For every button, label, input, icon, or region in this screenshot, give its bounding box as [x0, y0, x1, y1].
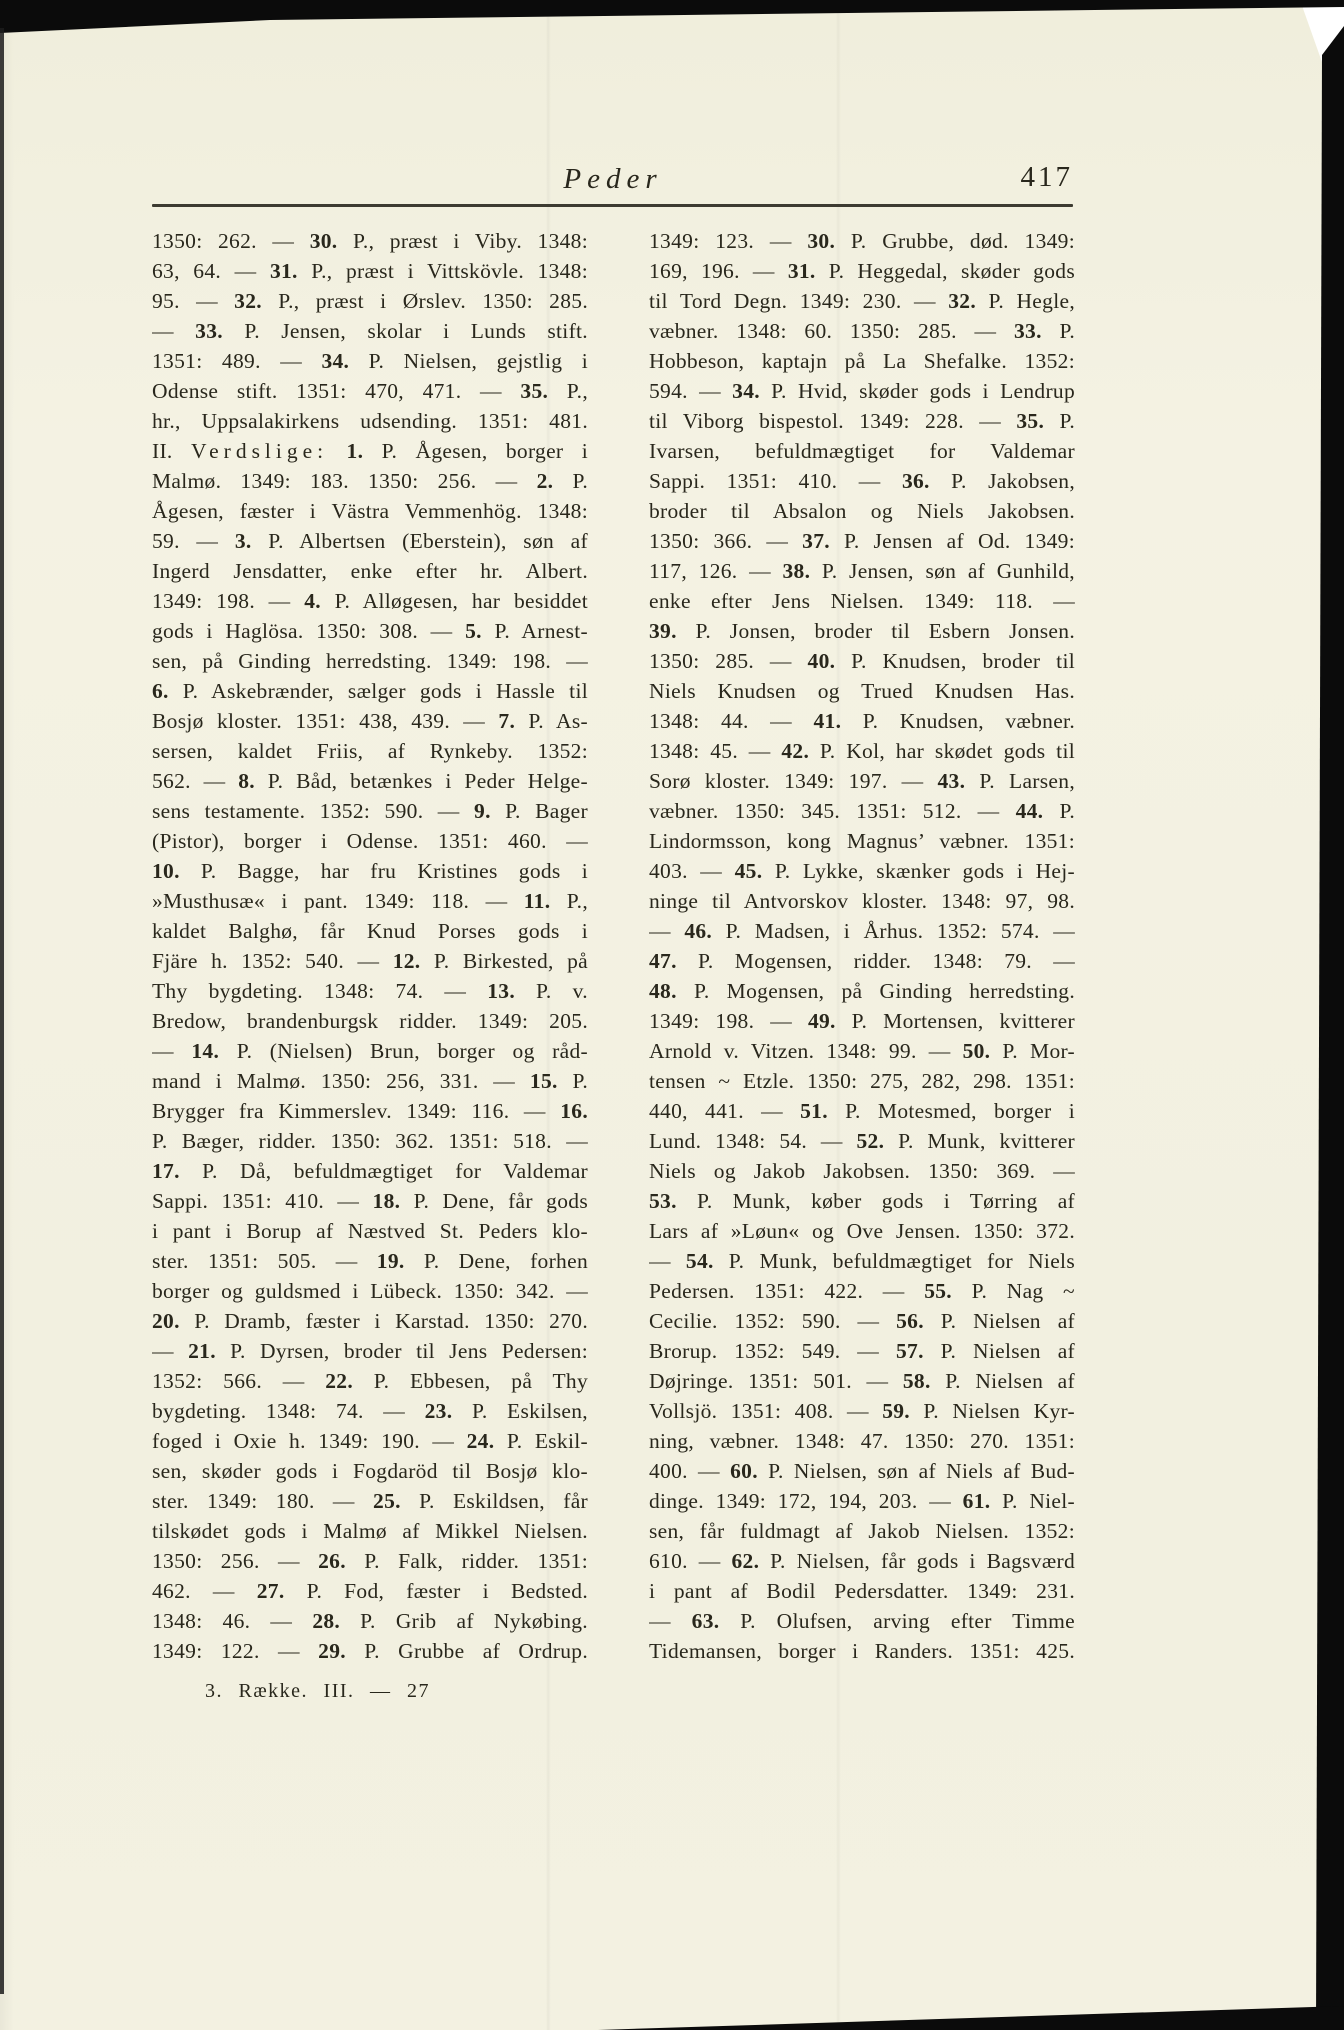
text-line: 1350: 285. — 40. P. Knudsen, broder til: [649, 646, 1075, 676]
text-line: Ivarsen, befuldmægtiget for Valdemar: [649, 436, 1075, 466]
text-line: 1348: 44. — 41. P. Knudsen, væbner.: [649, 706, 1075, 736]
page-number: 417: [953, 161, 1073, 194]
text-line: Bredow, brandenburgsk ridder. 1349: 205.: [152, 1006, 588, 1036]
text-line: 440, 441. — 51. P. Motesmed, borger i: [649, 1096, 1075, 1126]
text-column-right: 1349: 123. — 30. P. Grubbe, død. 1349:16…: [649, 226, 1075, 1666]
text-line: Brorup. 1352: 549. — 57. P. Nielsen af: [649, 1336, 1075, 1366]
text-line: Odense stift. 1351: 470, 471. — 35. P.,: [152, 376, 588, 406]
text-line: 169, 196. — 31. P. Heggedal, skøder gods: [649, 256, 1075, 286]
text-line: ster. 1349: 180. — 25. P. Eskildsen, får: [152, 1486, 588, 1516]
text-line: 1349: 198. — 4. P. Alløgesen, har besidd…: [152, 586, 588, 616]
text-line: Tidemansen, borger i Randers. 1351: 425.: [649, 1636, 1075, 1666]
text-line: — 33. P. Jensen, skolar i Lunds stift.: [152, 316, 588, 346]
text-line: 1348: 46. — 28. P. Grib af Nykøbing.: [152, 1606, 588, 1636]
text-line: 1348: 45. — 42. P. Kol, har skødet gods …: [649, 736, 1075, 766]
text-line: 403. — 45. P. Lykke, skænker gods i Hej-: [649, 856, 1075, 886]
text-line: — 14. P. (Nielsen) Brun, borger og råd-: [152, 1036, 588, 1066]
text-line: væbner. 1350: 345. 1351: 512. — 44. P.: [649, 796, 1075, 826]
running-title: Peder: [153, 163, 1073, 196]
text-line: — 21. P. Dyrsen, broder til Jens Pederse…: [152, 1336, 588, 1366]
text-line: 95. — 32. P., præst i Ørslev. 1350: 285.: [152, 286, 588, 316]
text-line: 6. P. Askebrænder, sælger gods i Hassle …: [152, 676, 588, 706]
text-line: Arnold v. Vitzen. 1348: 99. — 50. P. Mor…: [649, 1036, 1075, 1066]
text-line: 610. — 62. P. Nielsen, får gods i Bagsvæ…: [649, 1546, 1075, 1576]
text-line: 1349: 123. — 30. P. Grubbe, død. 1349:: [649, 226, 1075, 256]
text-line: Døjringe. 1351: 501. — 58. P. Nielsen af: [649, 1366, 1075, 1396]
text-line: sens testamente. 1352: 590. — 9. P. Bage…: [152, 796, 588, 826]
text-line: væbner. 1348: 60. 1350: 285. — 33. P.: [649, 316, 1075, 346]
text-line: 400. — 60. P. Nielsen, søn af Niels af B…: [649, 1456, 1075, 1486]
text-line: til Tord Degn. 1349: 230. — 32. P. Hegle…: [649, 286, 1075, 316]
text-line: 562. — 8. P. Båd, betænkes i Peder Helge…: [152, 766, 588, 796]
text-column-left: 1350: 262. — 30. P., præst i Viby. 1348:…: [152, 226, 588, 1666]
text-line: Sappi. 1351: 410. — 36. P. Jakobsen,: [649, 466, 1075, 496]
text-line: 47. P. Mogensen, ridder. 1348: 79. —: [649, 946, 1075, 976]
text-line: P. Bæger, ridder. 1350: 362. 1351: 518. …: [152, 1126, 588, 1156]
text-line: 39. P. Jonsen, broder til Esbern Jonsen.: [649, 616, 1075, 646]
text-line: »Musthusæ« i pant. 1349: 118. — 11. P.,: [152, 886, 588, 916]
text-line: Bosjø kloster. 1351: 438, 439. — 7. P. A…: [152, 706, 588, 736]
text-line: i pant i Borup af Næstved St. Peders klo…: [152, 1216, 588, 1246]
text-line: Sorø kloster. 1349: 197. — 43. P. Larsen…: [649, 766, 1075, 796]
text-line: 1350: 262. — 30. P., præst i Viby. 1348:: [152, 226, 588, 256]
text-line: Brygger fra Kimmerslev. 1349: 116. — 16.: [152, 1096, 588, 1126]
header-rule: [152, 204, 1073, 207]
text-line: 1349: 122. — 29. P. Grubbe af Ordrup.: [152, 1636, 588, 1666]
text-line: Sappi. 1351: 410. — 18. P. Dene, får god…: [152, 1186, 588, 1216]
text-line: 1349: 198. — 49. P. Mortensen, kvitterer: [649, 1006, 1075, 1036]
text-line: 594. — 34. P. Hvid, skøder gods i Lendru…: [649, 376, 1075, 406]
text-line: Ågesen, fæster i Västra Vemmenhög. 1348:: [152, 496, 588, 526]
text-line: tilskødet gods i Malmø af Mikkel Nielsen…: [152, 1516, 588, 1546]
text-line: sen, får fuldmagt af Jakob Nielsen. 1352…: [649, 1516, 1075, 1546]
text-line: mand i Malmø. 1350: 256, 331. — 15. P.: [152, 1066, 588, 1096]
text-line: kaldet Balghø, får Knud Porses gods i: [152, 916, 588, 946]
text-line: 63, 64. — 31. P., præst i Vittskövle. 13…: [152, 256, 588, 286]
text-line: Ingerd Jensdatter, enke efter hr. Albert…: [152, 556, 588, 586]
text-line: ster. 1351: 505. — 19. P. Dene, forhen: [152, 1246, 588, 1276]
scan-artifact-left-line: [0, 28, 4, 1994]
text-line: Hobbeson, kaptajn på La Shefalke. 1352:: [649, 346, 1075, 376]
text-line: dinge. 1349: 172, 194, 203. — 61. P. Nie…: [649, 1486, 1075, 1516]
text-line: — 46. P. Madsen, i Århus. 1352: 574. —: [649, 916, 1075, 946]
text-line: tensen ~ Etzle. 1350: 275, 282, 298. 135…: [649, 1066, 1075, 1096]
text-line: borger og guldsmed i Lübeck. 1350: 342. …: [152, 1276, 588, 1306]
text-line: Fjäre h. 1352: 540. — 12. P. Birkested, …: [152, 946, 588, 976]
text-line: 1350: 366. — 37. P. Jensen af Od. 1349:: [649, 526, 1075, 556]
text-line: foged i Oxie h. 1349: 190. — 24. P. Eski…: [152, 1426, 588, 1456]
text-line: Vollsjö. 1351: 408. — 59. P. Nielsen Kyr…: [649, 1396, 1075, 1426]
text-line: Lars af »Løun« og Ove Jensen. 1350: 372.: [649, 1216, 1075, 1246]
text-line: 462. — 27. P. Fod, fæster i Bedsted.: [152, 1576, 588, 1606]
text-line: 1352: 566. — 22. P. Ebbesen, på Thy: [152, 1366, 588, 1396]
text-line: Thy bygdeting. 1348: 74. — 13. P. v.: [152, 976, 588, 1006]
text-line: sersen, kaldet Friis, af Rynkeby. 1352:: [152, 736, 588, 766]
text-line: 1350: 256. — 26. P. Falk, ridder. 1351:: [152, 1546, 588, 1576]
text-line: sen, skøder gods i Fogdaröd til Bosjø kl…: [152, 1456, 588, 1486]
text-line: 10. P. Bagge, har fru Kristines gods i: [152, 856, 588, 886]
text-line: 53. P. Munk, køber gods i Tørring af: [649, 1186, 1075, 1216]
text-line: ninge til Antvorskov kloster. 1348: 97, …: [649, 886, 1075, 916]
text-line: Cecilie. 1352: 590. — 56. P. Nielsen af: [649, 1306, 1075, 1336]
text-line: i pant af Bodil Pedersdatter. 1349: 231.: [649, 1576, 1075, 1606]
text-line: 48. P. Mogensen, på Ginding herredsting.: [649, 976, 1075, 1006]
text-line: gods i Haglösa. 1350: 308. — 5. P. Arnes…: [152, 616, 588, 646]
text-line: 59. — 3. P. Albertsen (Eberstein), søn a…: [152, 526, 588, 556]
signature-line: 3. Række. III. — 27: [205, 1680, 430, 1703]
text-line: — 54. P. Munk, befuldmægtiget for Niels: [649, 1246, 1075, 1276]
text-line: 1351: 489. — 34. P. Nielsen, gejstlig i: [152, 346, 588, 376]
text-line: ning, væbner. 1348: 47. 1350: 270. 1351:: [649, 1426, 1075, 1456]
text-line: sen, på Ginding herredsting. 1349: 198. …: [152, 646, 588, 676]
text-line: — 63. P. Olufsen, arving efter Timme: [649, 1606, 1075, 1636]
text-line: til Viborg bispestol. 1349: 228. — 35. P…: [649, 406, 1075, 436]
text-line: hr., Uppsalakirkens udsending. 1351: 481…: [152, 406, 588, 436]
text-line: Lund. 1348: 54. — 52. P. Munk, kvitterer: [649, 1126, 1075, 1156]
text-line: II. Verdslige: 1. P. Ågesen, borger i: [152, 436, 588, 466]
text-line: Niels og Jakob Jakobsen. 1350: 369. —: [649, 1156, 1075, 1186]
text-line: 117, 126. — 38. P. Jensen, søn af Gunhil…: [649, 556, 1075, 586]
text-line: 17. P. Då, befuldmægtiget for Valdemar: [152, 1156, 588, 1186]
text-line: Niels Knudsen og Trued Knudsen Has.: [649, 676, 1075, 706]
text-line: Malmø. 1349: 183. 1350: 256. — 2. P.: [152, 466, 588, 496]
text-line: enke efter Jens Nielsen. 1349: 118. —: [649, 586, 1075, 616]
text-line: Pedersen. 1351: 422. — 55. P. Nag ~: [649, 1276, 1075, 1306]
text-line: (Pistor), borger i Odense. 1351: 460. —: [152, 826, 588, 856]
text-line: broder til Absalon og Niels Jakobsen.: [649, 496, 1075, 526]
text-line: Lindormsson, kong Magnus’ væbner. 1351:: [649, 826, 1075, 856]
text-line: 20. P. Dramb, fæster i Karstad. 1350: 27…: [152, 1306, 588, 1336]
text-line: bygdeting. 1348: 74. — 23. P. Eskilsen,: [152, 1396, 588, 1426]
